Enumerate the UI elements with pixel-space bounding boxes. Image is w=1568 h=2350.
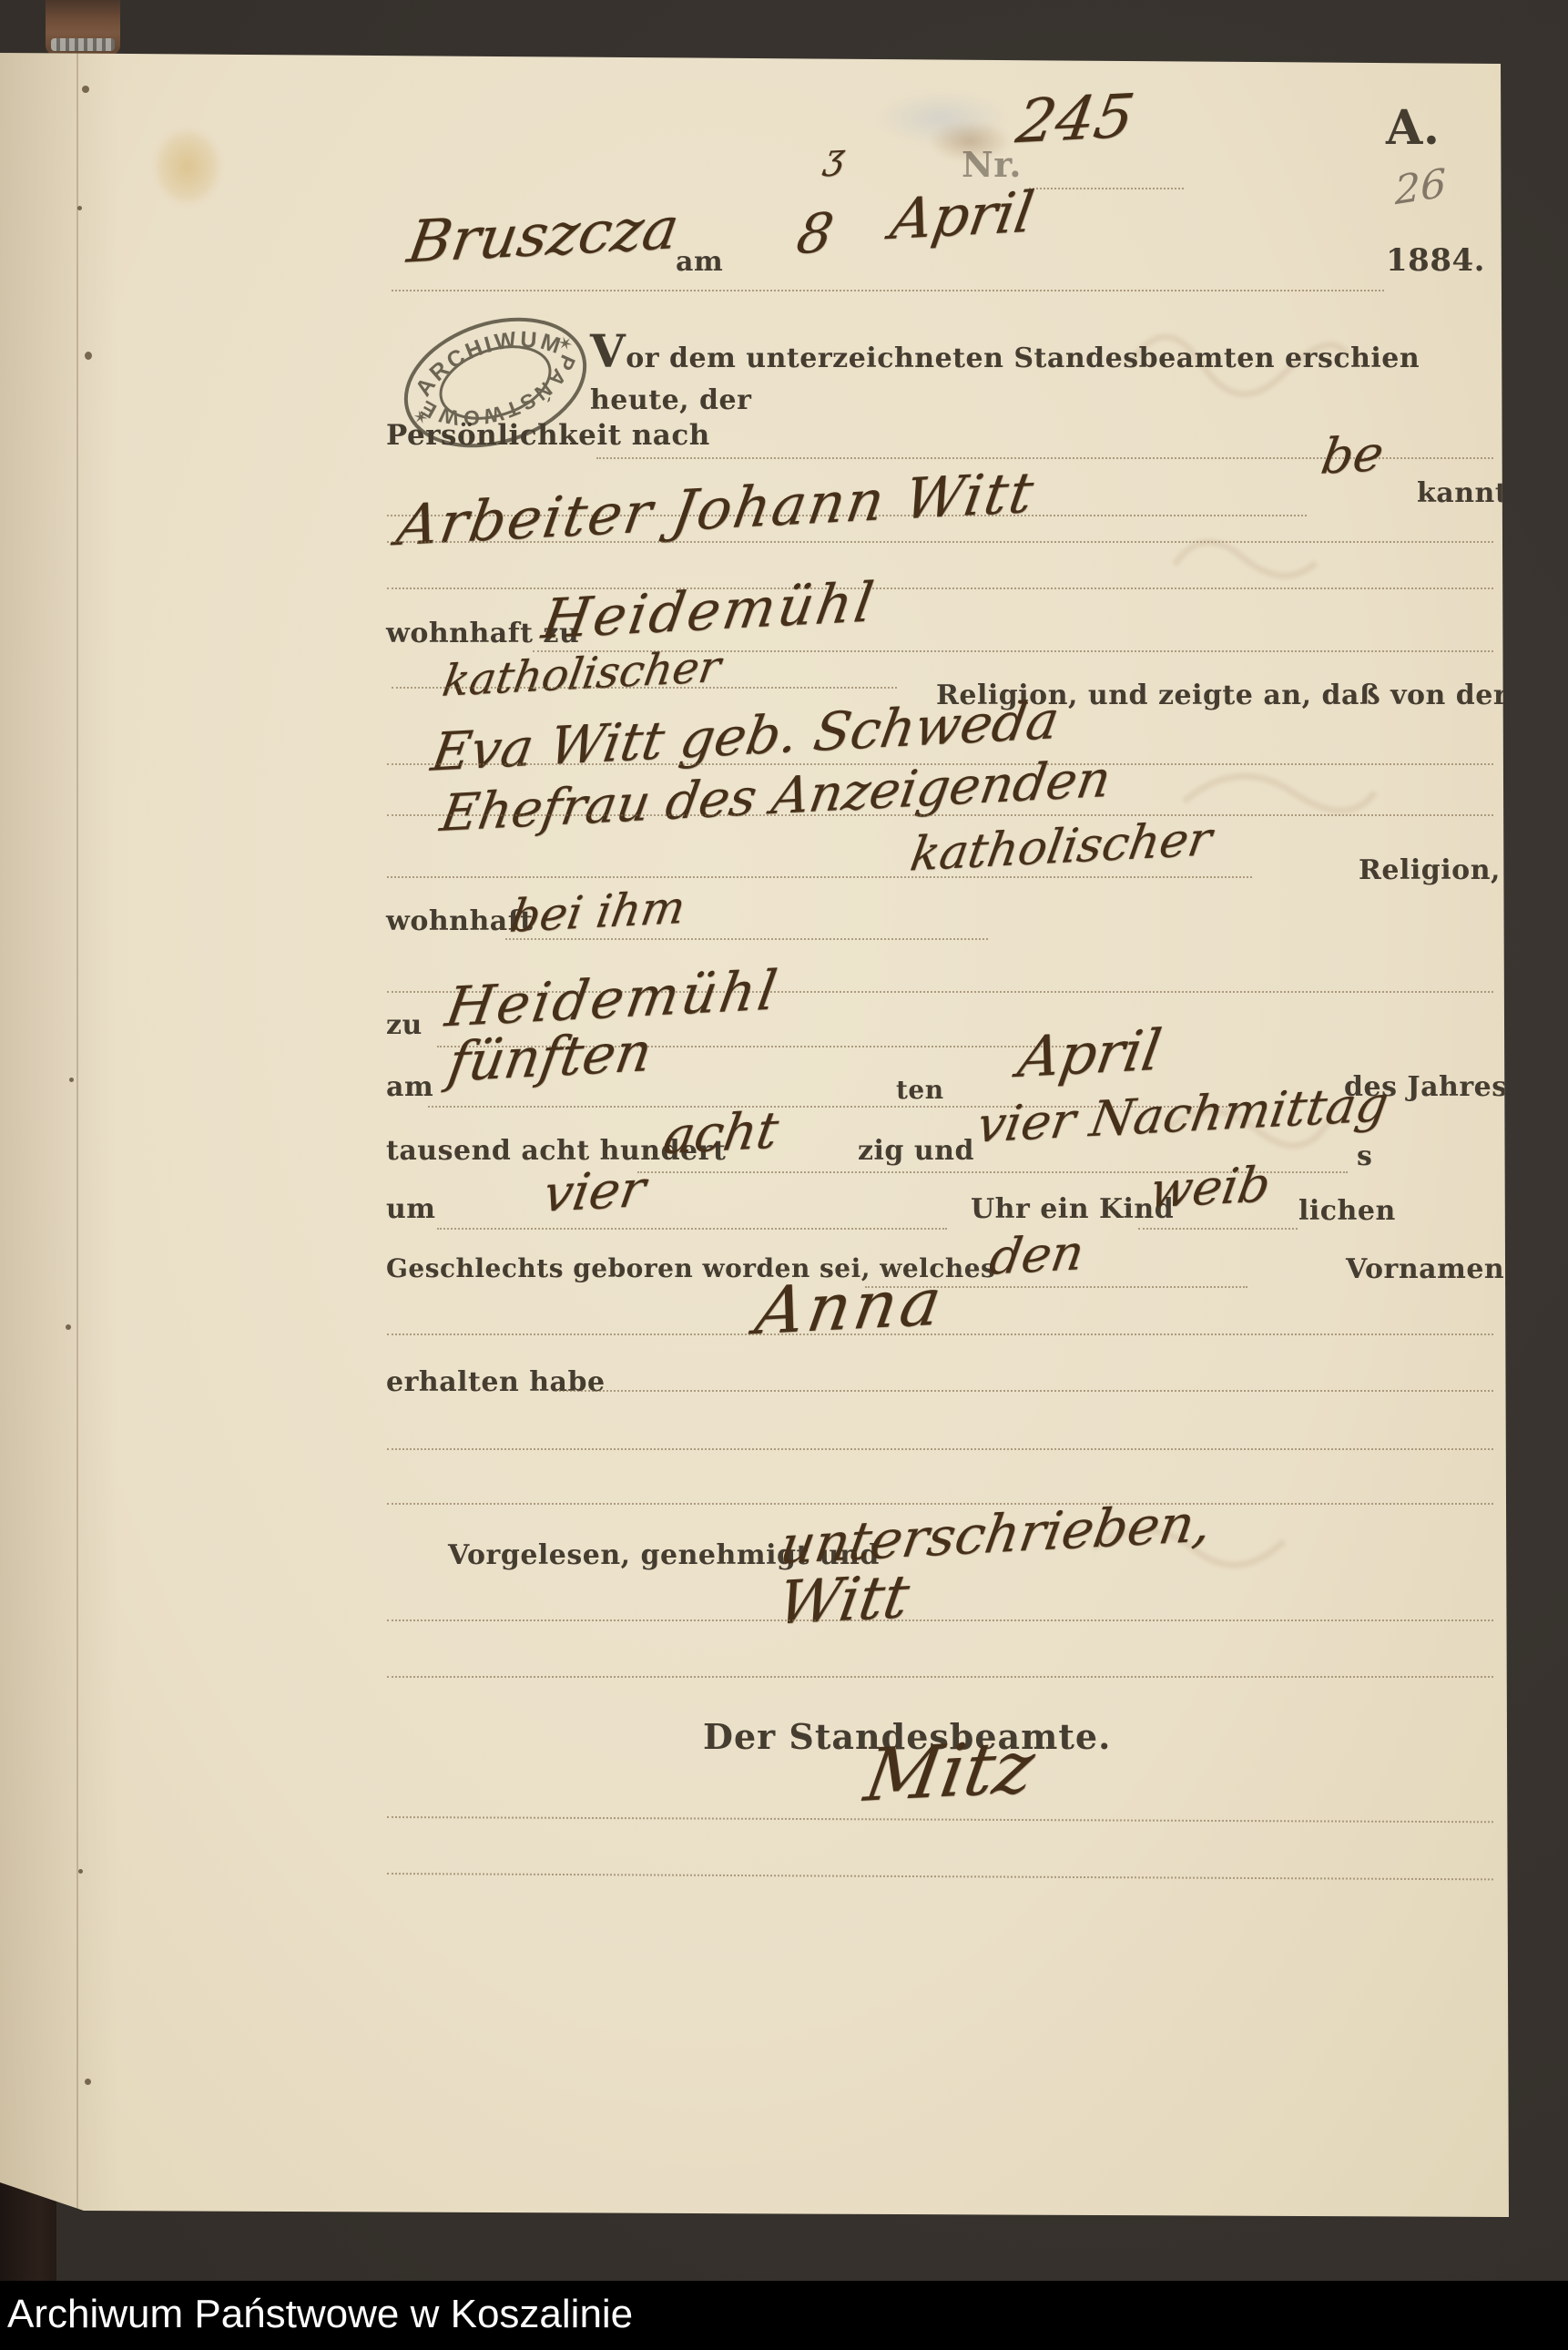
form-letter-a: A. [1386, 100, 1440, 156]
religion2-printed: Religion, [1359, 854, 1501, 886]
be-handwritten: be [1318, 424, 1388, 485]
archive-scan: A. 26 Nr. 245 Bruszcza am 8 ʒ April 1884… [0, 0, 1568, 2350]
child-name-dotted-line [387, 1333, 1493, 1335]
archive-name-label: Archiwum Państwowe w Koszalinie [7, 2292, 633, 2337]
vornamen-printed: Vornamen [1346, 1253, 1504, 1285]
am-label: am [676, 246, 723, 278]
registrar-signature: Mitz [860, 1724, 1040, 1817]
religion2-dotted-line [387, 876, 1252, 878]
s-suffix-printed: s [1357, 1140, 1372, 1172]
am2-printed: am [386, 1071, 433, 1103]
sex-handwritten: weib [1145, 1156, 1274, 1220]
month-handwritten: April [886, 179, 1038, 252]
religion1-dotted-line [392, 687, 897, 689]
ten-printed: ten [896, 1075, 944, 1105]
um-printed: um [386, 1193, 436, 1225]
birth-month-handwritten: April [1013, 1017, 1166, 1090]
persoenlichkeit-printed: Persönlichkeit nach [386, 419, 710, 452]
erhalten-dotted-line [555, 1390, 1493, 1392]
child-name-handwritten: Anna [750, 1263, 950, 1350]
blank-dotted-line-4 [387, 1503, 1493, 1505]
archive-watermark-bar: Archiwum Państwowe w Koszalinie [0, 2281, 1568, 2350]
hour-handwritten: vier [539, 1160, 649, 1224]
signature-dotted-line [387, 1619, 1493, 1621]
decade-handwritten: acht [659, 1101, 782, 1166]
declarant-dotted-line [387, 541, 1493, 543]
record-number-handwritten: 245 [1012, 81, 1139, 157]
register-page: A. 26 Nr. 245 Bruszcza am 8 ʒ April 1884… [0, 0, 1568, 2350]
declarant-signature: Witt [773, 1561, 914, 1638]
zu-printed: zu [386, 1009, 423, 1041]
hour-dotted-line [437, 1228, 947, 1230]
blank-dotted-line-5 [387, 1676, 1493, 1678]
den-handwritten: den [985, 1223, 1087, 1285]
residence2-dotted-line [505, 938, 988, 940]
birth-day-handwritten: fünften [443, 1020, 656, 1094]
relation-dotted-line [387, 814, 1493, 816]
sex-dotted-line [1138, 1228, 1298, 1230]
book-spine-top-fragment [46, 0, 120, 55]
erhalten-habe-printed: erhalten habe [386, 1366, 606, 1398]
uhr-ein-kind-printed: Uhr ein Kind [971, 1193, 1174, 1225]
pencil-page-number: 26 [1394, 160, 1446, 214]
year-printed: 1884. [1386, 242, 1485, 279]
residence2-handwritten: bei ihm [506, 881, 688, 943]
nr-dotted-line [1029, 188, 1184, 189]
blank-dotted-line-3 [387, 1448, 1493, 1450]
zig-und-printed: zig und [858, 1135, 974, 1167]
lichen-printed: lichen [1298, 1195, 1396, 1227]
intro-printed: Vor dem unterzeichneten Standesbeamten e… [590, 321, 1505, 419]
